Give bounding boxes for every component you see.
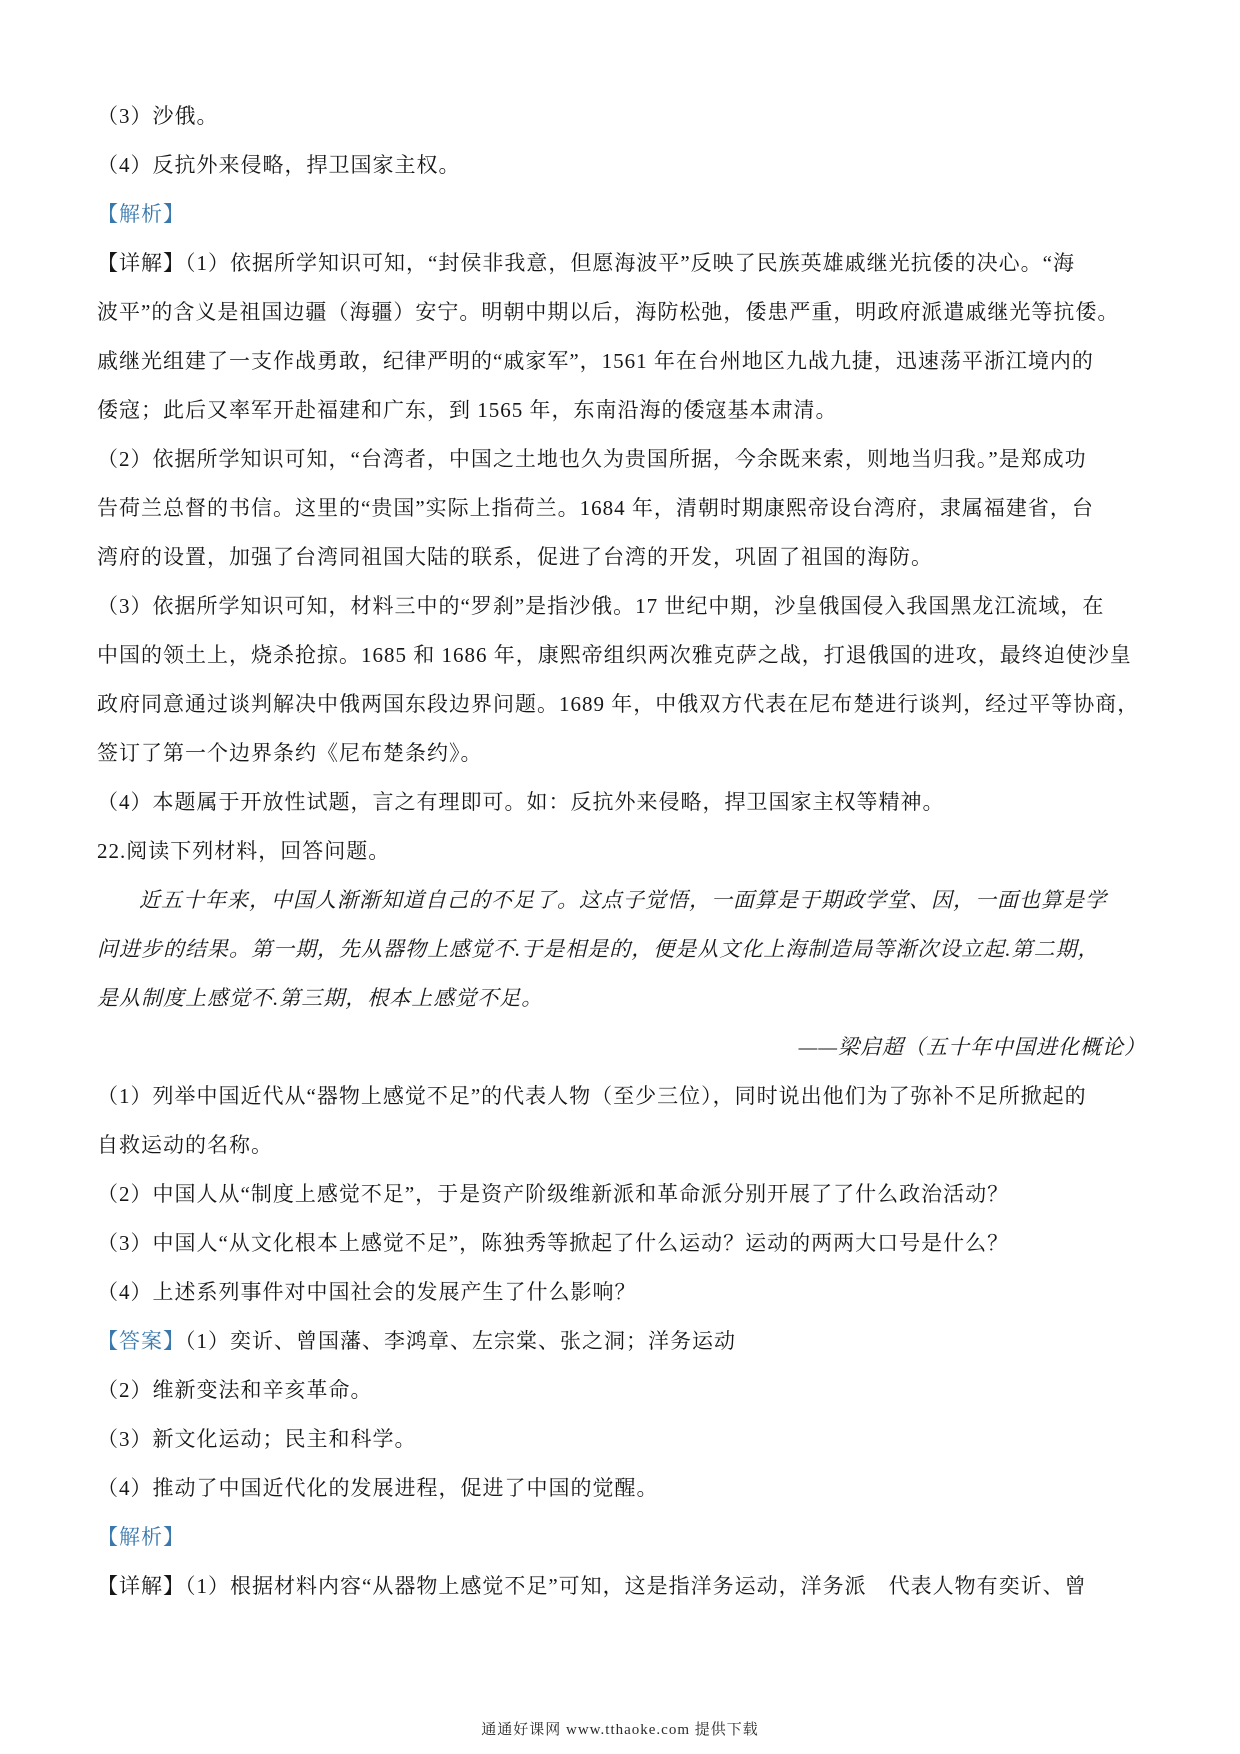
analysis-label-line: 【解析】 [97,1513,1146,1562]
answer-label: 【答案】 [97,1329,185,1353]
detail-line: 中国的领土上，烧杀抢掠。1685 和 1686 年，康熙帝组织两次雅克萨之战，打… [97,631,1146,680]
detail-line: 签订了第一个边界条约《尼布楚条约》。 [97,729,1146,778]
detail-line: 波平”的含义是祖国边疆（海疆）安宁。明朝中期以后，海防松弛，倭患严重，明政府派遣… [97,288,1146,337]
answer-line-q21-3: （3）沙俄。 [97,92,1146,141]
analysis-label: 【解析】 [97,202,185,226]
line-text: （1）奕䜣、曾国藩、李鸿章、左宗棠、张之洞；洋务运动 [185,1329,736,1353]
material-quote-line: 近五十年来，中国人渐渐知道自己的不足了。这点子觉悟，一面算是于期政学堂、因，一面… [97,876,1146,925]
question-line-q22-3: （3）中国人“从文化根本上感觉不足”，陈独秀等掀起了什么运动？运动的两两大口号是… [97,1219,1146,1268]
question-22-heading: 22.阅读下列材料，回答问题。 [97,827,1146,876]
document-body: （3）沙俄。 （4）反抗外来侵略，捍卫国家主权。 【解析】 【详解】（1）依据所… [97,92,1146,1611]
question-line-q22-4: （4）上述系列事件对中国社会的发展产生了什么影响？ [97,1268,1146,1317]
answer-line-q22-4: （4）推动了中国近代化的发展进程，促进了中国的觉醒。 [97,1464,1146,1513]
answer-line-q22-3: （3）新文化运动；民主和科学。 [97,1415,1146,1464]
detail-line: 湾府的设置，加强了台湾同祖国大陆的联系，促进了台湾的开发，巩固了祖国的海防。 [97,533,1146,582]
question-line-q22-1: （1）列举中国近代从“器物上感觉不足”的代表人物（至少三位），同时说出他们为了弥… [97,1072,1146,1121]
question-line-q22-2: （2）中国人从“制度上感觉不足”，于是资产阶级维新派和革命派分别开展了了什么政治… [97,1170,1146,1219]
material-source-line: ——梁启超（五十年中国进化概论） [97,1023,1146,1072]
detail-line: （4）本题属于开放性试题，言之有理即可。如：反抗外来侵略，捍卫国家主权等精神。 [97,778,1146,827]
question-line-q22-1-cont: 自救运动的名称。 [97,1121,1146,1170]
detail-line: （2）依据所学知识可知，“台湾者，中国之土地也久为贵国所据，今余既来索，则地当归… [97,435,1146,484]
detail-line: 【详解】（1）依据所学知识可知，“封侯非我意，但愿海波平”反映了民族英雄戚继光抗… [97,239,1146,288]
detail-line: 戚继光组建了一支作战勇敢，纪律严明的“戚家军”，1561 年在台州地区九战九捷，… [97,337,1146,386]
analysis-label-line: 【解析】 [97,190,1146,239]
answer-line-q21-4: （4）反抗外来侵略，捍卫国家主权。 [97,141,1146,190]
footer-text: 通通好课网 www.tthaoke.com 提供下载 [0,1718,1240,1739]
detail-line: 告荷兰总督的书信。这里的“贵国”实际上指荷兰。1684 年，清朝时期康熙帝设台湾… [97,484,1146,533]
analysis-label: 【解析】 [97,1525,185,1549]
material-quote-line: 问进步的结果。第一期，先从器物上感觉不.于是相是的，便是从文化上海制造局等渐次设… [97,925,1146,974]
detail-line: 倭寇；此后又率军开赴福建和广东，到 1565 年，东南沿海的倭寇基本肃清。 [97,386,1146,435]
detail-line: （3）依据所学知识可知，材料三中的“罗刹”是指沙俄。17 世纪中期，沙皇俄国侵入… [97,582,1146,631]
answer-line-q22-2: （2）维新变法和辛亥革命。 [97,1366,1146,1415]
detail-line: 政府同意通过谈判解决中俄两国东段边界问题。1689 年，中俄双方代表在尼布楚进行… [97,680,1146,729]
material-quote-line: 是从制度上感觉不.第三期，根本上感觉不足。 [97,974,1146,1023]
detail-line: 【详解】（1）根据材料内容“从器物上感觉不足”可知，这是指洋务运动，洋务派 代表… [97,1562,1146,1611]
answer-label-line: 【答案】（1）奕䜣、曾国藩、李鸿章、左宗棠、张之洞；洋务运动 [97,1317,1146,1366]
document-page: （3）沙俄。 （4）反抗外来侵略，捍卫国家主权。 【解析】 【详解】（1）依据所… [0,0,1240,1754]
